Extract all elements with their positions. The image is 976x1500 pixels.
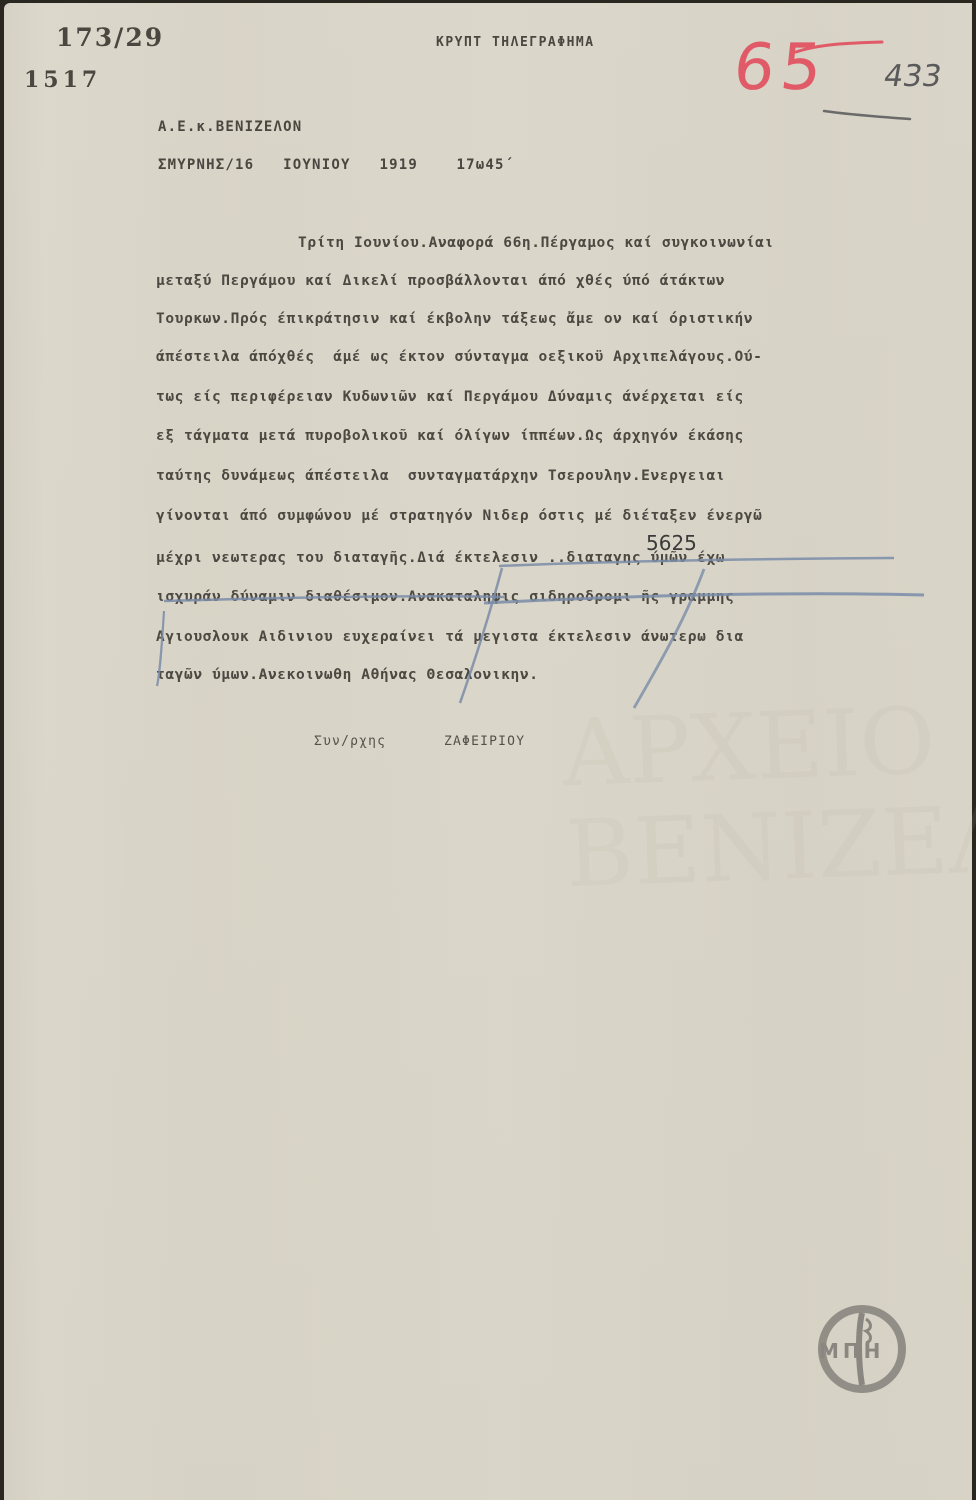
background-watermark: ΑΡΧΕΙΟ ΒΕΝΙΖΕΛΟΥ bbox=[561, 683, 976, 906]
body-line: ταύτης δυνάμεως άπέστειλα συνταγματάρχην… bbox=[156, 468, 725, 484]
archive-reference: 173/29 bbox=[56, 23, 164, 52]
origin-date-line: ΣΜΥΡΝΗΣ/16 ΙΟΥΝΙΟΥ 1919 17ω45΄ bbox=[158, 157, 514, 173]
pencil-underline-stroke bbox=[822, 107, 912, 123]
body-line: μέχρι νεωτερας του διαταγῆς.Διά έκτελεσι… bbox=[156, 550, 725, 566]
body-line: άπέστειλα άπόχθές άμέ ως έκτον σύνταγμα … bbox=[156, 349, 762, 365]
pencil-folio-number: 433 bbox=[881, 59, 944, 94]
body-line: ταγῶν ύμων.Ανεκοινωθη Αθήνας Θεσαλονικην… bbox=[156, 667, 539, 683]
body-line: Τρίτη Ιουνίου.Αναφορά 66η.Πέργαμος καί σ… bbox=[298, 235, 774, 251]
body-line: ισχυράν δύναμιν διαθέσιμον.Ανακαταληψις … bbox=[156, 589, 734, 605]
seal-text: ΜΠΗ bbox=[819, 1339, 884, 1363]
signature-name: ΖΑΦΕΙΡΙΟΥ bbox=[444, 734, 525, 749]
signature-title: Συν/ρχης bbox=[314, 734, 386, 749]
blue-pencil-strikethrough bbox=[4, 3, 972, 763]
body-line: γίνονται άπό συμφώνου μέ στρατηγόν Νιδερ… bbox=[156, 508, 762, 524]
addressee: Α.Ε.κ.ΒΕΝΙΖΕΛΟΝ bbox=[158, 119, 302, 135]
body-line: τως είς περιφέρειαν Κυδωνιῶν καί Περγάμο… bbox=[156, 389, 744, 405]
body-line: μεταξύ Περγάμου καί Δικελί προσβάλλονται… bbox=[156, 273, 725, 289]
red-page-number: 65 bbox=[730, 31, 831, 105]
body-line: Τουρκων.Πρός έπικράτησιν καί έκβολην τάξ… bbox=[156, 311, 753, 327]
telegram-page: ΑΡΧΕΙΟ ΒΕΝΙΖΕΛΟΥ 173/29 1517 ΚΡΥΠΤ ΤΗΛΕΓ… bbox=[4, 3, 972, 1500]
document-title: ΚΡΥΠΤ ΤΗΛΕΓΡΑΦΗΜΑ bbox=[436, 35, 595, 50]
archive-number: 1517 bbox=[24, 67, 101, 93]
body-line: Αγιουσλουκ Αιδινιου ευχεραίνει τά μεγιστ… bbox=[156, 629, 744, 645]
handwritten-annotation: 5625 bbox=[646, 531, 697, 555]
body-line: εξ τάγματα μετά πυροβολικοῦ καί όλίγων ί… bbox=[156, 428, 744, 444]
archive-reference-text: 173/29 bbox=[56, 23, 164, 52]
